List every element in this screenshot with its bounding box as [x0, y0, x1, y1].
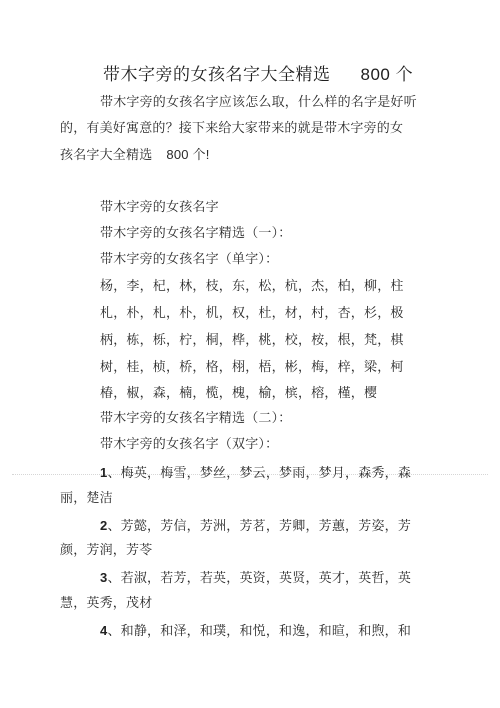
- title-count: 800 个: [361, 65, 414, 84]
- single-char-line: 杨，李，杞，林，枝，东，松，杭，杰，柏，柳，柱: [100, 279, 440, 295]
- single-char-line: 树，桂，桢，桥，格，栩，梧，彬，梅，梓，梁，柯: [100, 360, 440, 376]
- part2-heading: 带木字旁的女孩名字精选（二）：: [100, 411, 440, 427]
- double-char-item: 3、若淑，若芳，若英，英资，英贤，英才，英哲，英: [100, 570, 440, 587]
- double-char-item-cont: 丽，楚洁: [60, 491, 400, 507]
- part2-subheading: 带木字旁的女孩名字（双字）：: [100, 437, 440, 453]
- double-char-item: 2、芳懿，芳信，芳洲，芳茗，芳卿，芳蕙，芳姿，芳: [100, 518, 440, 535]
- document-title: 带木字旁的女孩名字大全精选800 个: [103, 65, 413, 85]
- item-text: 、梅英，梅雪，梦丝，梦云，梦雨，梦月，森秀，森: [107, 466, 411, 481]
- item-text: 、若淑，若芳，若英，英资，英贤，英才，英哲，英: [107, 571, 411, 586]
- double-char-item: 1、梅英，梅雪，梦丝，梦云，梦雨，梦月，森秀，森: [100, 465, 440, 482]
- intro-line-1: 带木字旁的女孩名字应该怎么取，什么样的名字是好听: [100, 95, 440, 111]
- item-text: 、芳懿，芳信，芳洲，芳茗，芳卿，芳蕙，芳姿，芳: [107, 519, 411, 534]
- title-text: 带木字旁的女孩名字大全精选: [103, 65, 331, 85]
- section-heading: 带木字旁的女孩名字: [100, 200, 440, 216]
- intro-line-3: 孩名字大全精选800 个!: [60, 147, 400, 164]
- document-page: 带木字旁的女孩名字大全精选800 个 带木字旁的女孩名字应该怎么取，什么样的名字…: [0, 0, 500, 708]
- double-char-item-cont: 颜，芳润，芳苓: [60, 543, 400, 559]
- item-text: 、和静，和泽，和璞，和悦，和逸，和暄，和煦，和: [107, 624, 411, 639]
- part1-heading: 带木字旁的女孩名字精选（一）：: [100, 226, 440, 242]
- double-char-item: 4、和静，和泽，和璞，和悦，和逸，和暄，和煦，和: [100, 623, 440, 640]
- intro-line-3-text: 孩名字大全精选: [60, 148, 152, 163]
- part1-subheading: 带木字旁的女孩名字（单字）：: [100, 252, 440, 268]
- single-char-line: 札，朴，札，朴，机，权，杜，材，村，杏，杉，极: [100, 306, 440, 322]
- intro-line-2: 的，有美好寓意的？接下来给大家带来的就是带木字旁的女: [60, 121, 400, 137]
- single-char-line: 椿，椒，森，楠，榄，槐，榆，槟，榕，槿，樱: [100, 386, 440, 402]
- intro-line-3-count: 800 个!: [166, 147, 209, 162]
- single-char-line: 柄，栋，栎，柠，桐，桦，桃，校，桉，根，梵，棋: [100, 333, 440, 349]
- double-char-item-cont: 慧，英秀，茂材: [60, 596, 400, 612]
